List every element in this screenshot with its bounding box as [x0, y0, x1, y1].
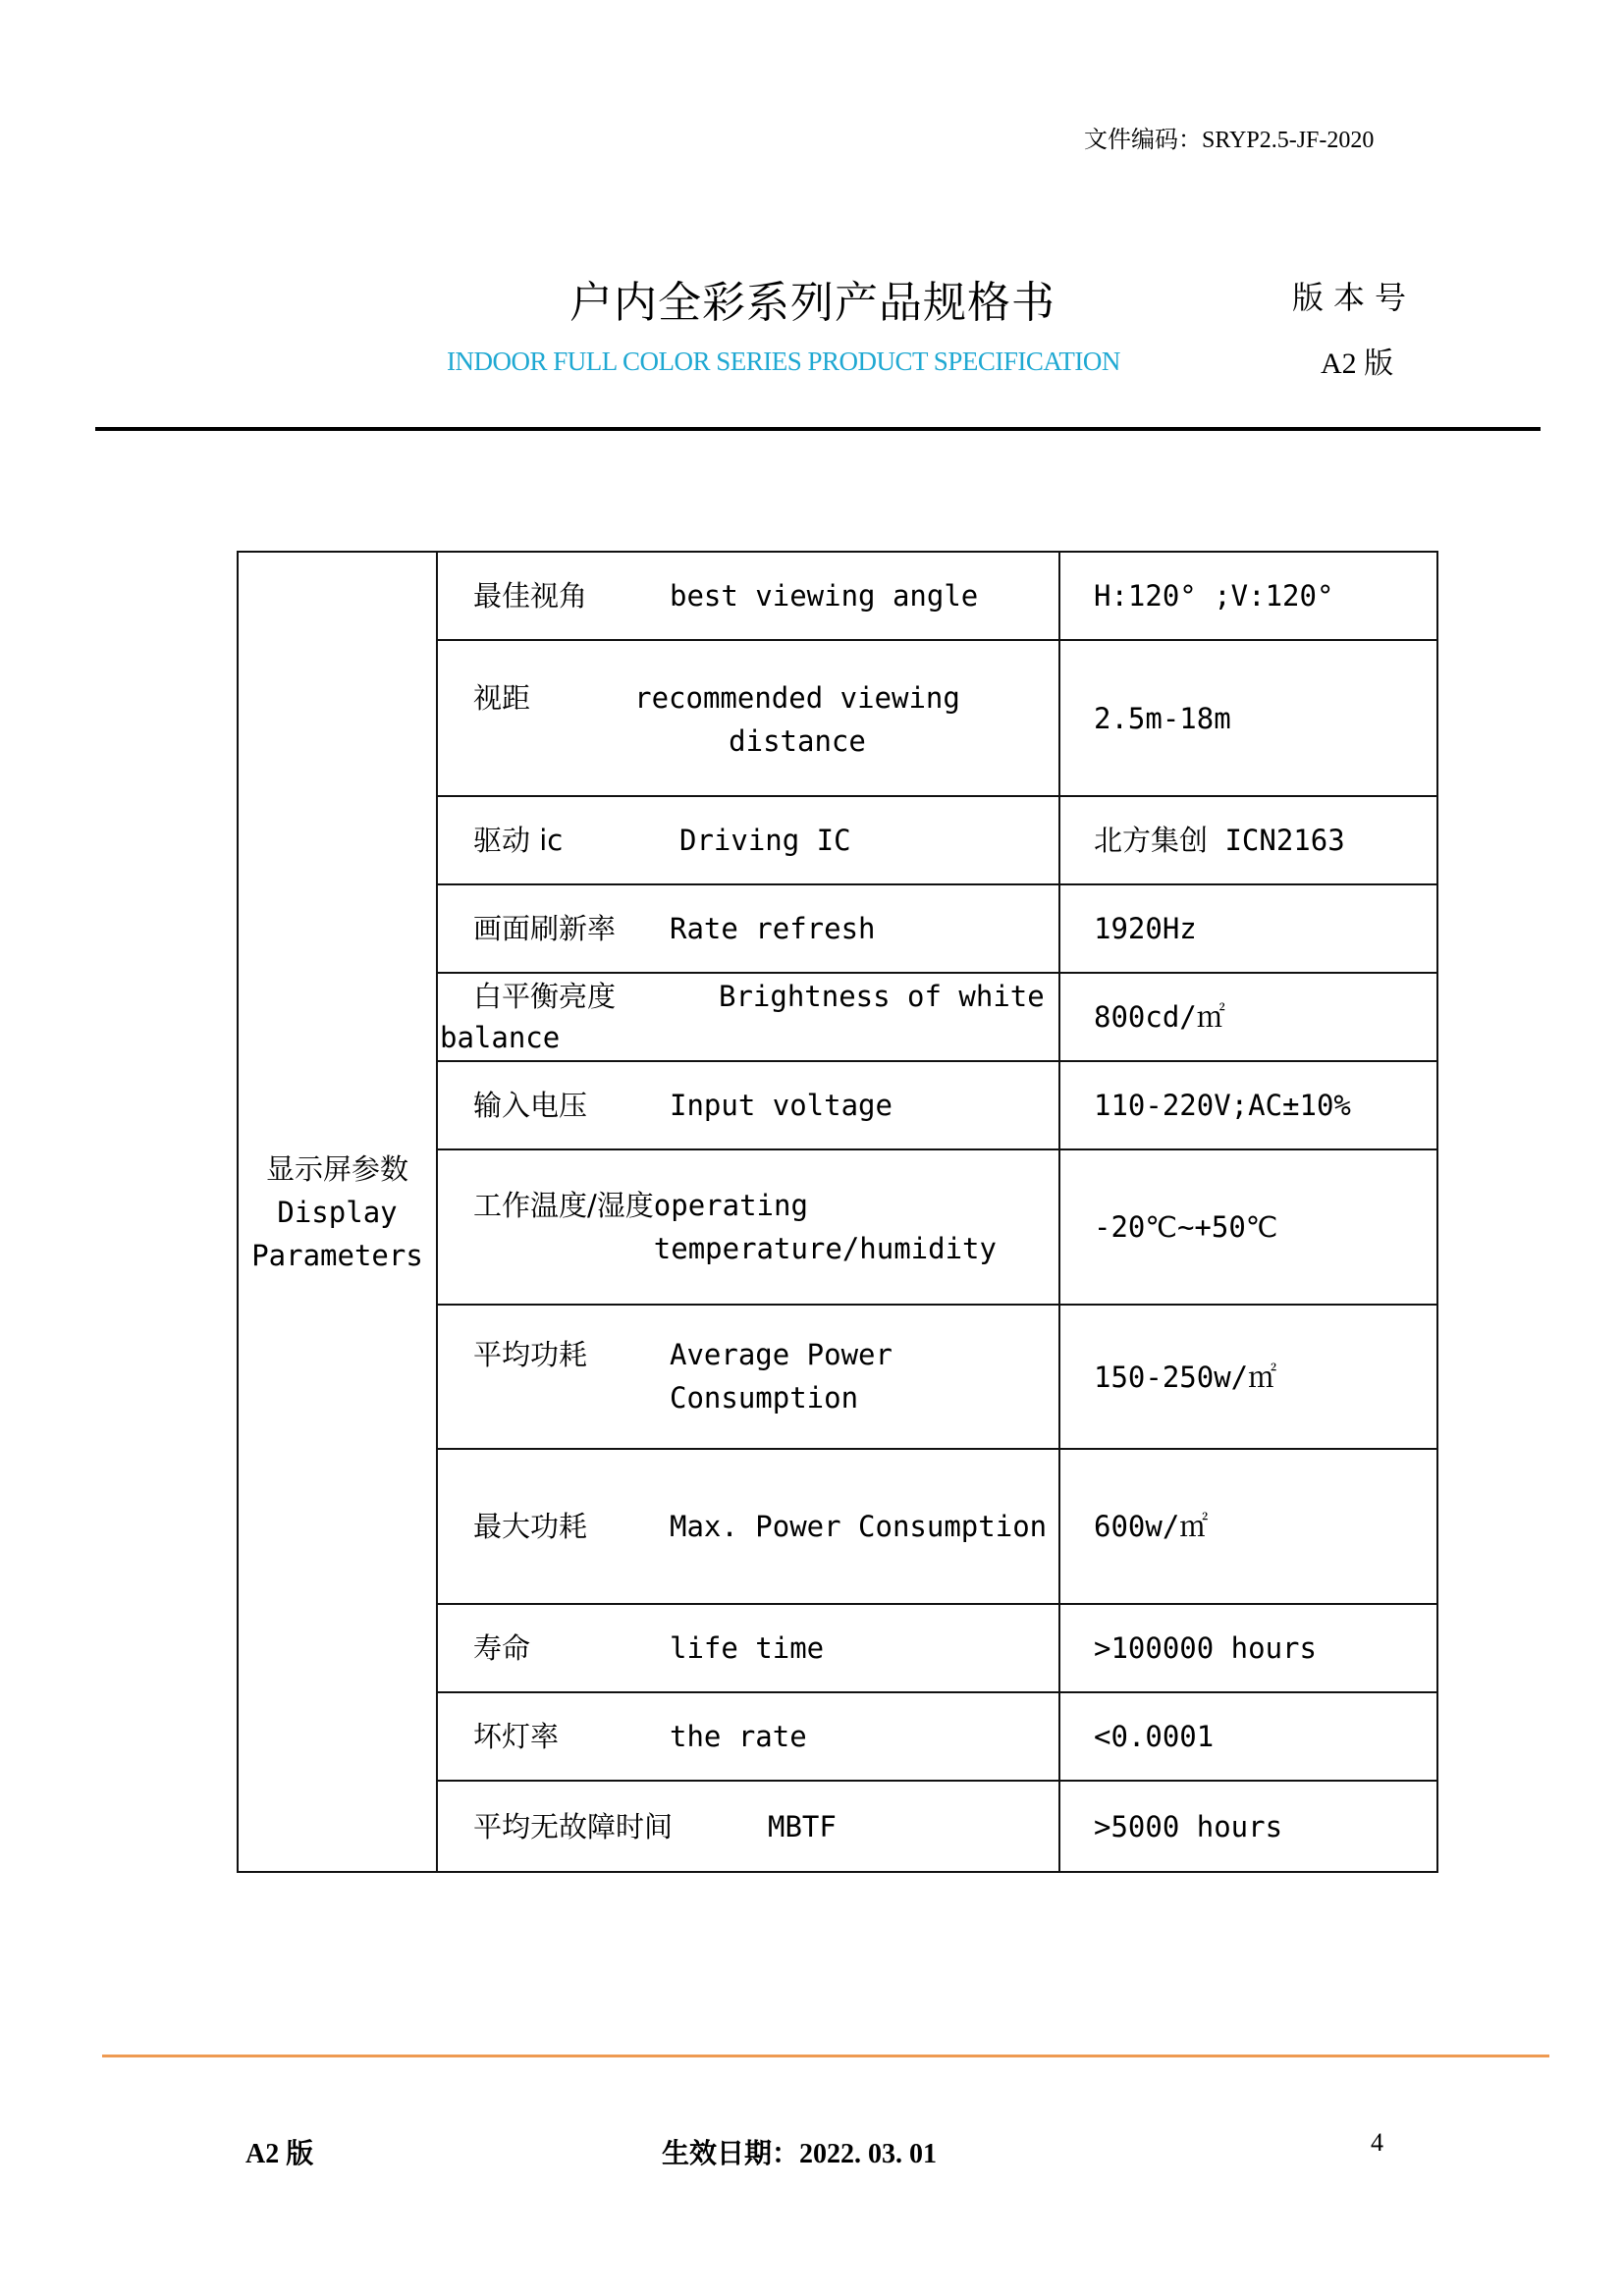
param-cn: 视距 — [473, 676, 630, 720]
param-cell: 最佳视角best viewing angle — [437, 552, 1059, 640]
param-cell: 输入电压Input voltage — [437, 1061, 1059, 1149]
group-label-cn: 显示屏参数 — [239, 1148, 436, 1191]
param-cell: 寿命life time — [437, 1604, 1059, 1692]
param-en: the rate — [670, 1715, 807, 1758]
value-cell: 800cd/㎡ — [1059, 973, 1437, 1061]
param-en: operating temperature/humidity — [654, 1184, 988, 1270]
param-cn: 输入电压 — [473, 1084, 670, 1127]
param-en: life time — [670, 1627, 824, 1670]
param-en: Input voltage — [670, 1084, 893, 1127]
value-cell: <0.0001 — [1059, 1692, 1437, 1781]
page-number: 4 — [1371, 2128, 1383, 2158]
param-en: MBTF — [768, 1805, 837, 1848]
page-subtitle: INDOOR FULL COLOR SERIES PRODUCT SPECIFI… — [447, 347, 1120, 377]
version-value: A2 版 — [1321, 339, 1393, 382]
param-cell: 白平衡亮度Brightness of white balance — [437, 973, 1059, 1061]
param-cell: 平均无故障时间MBTF — [437, 1781, 1059, 1872]
param-cell: 画面刷新率Rate refresh — [437, 884, 1059, 973]
param-en: Brightness of white — [719, 976, 1045, 1017]
version-label: 版本号 — [1292, 273, 1416, 318]
param-cn: 寿命 — [473, 1627, 670, 1670]
param-en: Max. Power Consumption — [670, 1505, 1047, 1548]
document-code: 文件编码：SRYP2.5-JF-2020 — [1084, 120, 1374, 154]
page-title: 户内全彩系列产品规格书 — [569, 267, 1056, 330]
param-cn: 平均无故障时间 — [473, 1805, 768, 1848]
header-divider — [95, 427, 1541, 431]
value-cell: H:120° ;V:120° — [1059, 552, 1437, 640]
param-cn: 白平衡亮度 — [473, 976, 719, 1017]
spec-table: 显示屏参数 Display Parameters 最佳视角best viewin… — [237, 551, 1438, 1873]
param-cn: 工作温度/湿度 — [473, 1184, 654, 1227]
param-en: recommended viewing distance — [630, 676, 964, 763]
param-cn: 最佳视角 — [473, 574, 670, 617]
param-cell: 工作温度/湿度operating temperature/humidity — [437, 1149, 1059, 1305]
value-cell: 110-220V;AC±10% — [1059, 1061, 1437, 1149]
effective-date: 生效日期：2022. 03. 01 — [662, 2132, 937, 2171]
param-cn: 最大功耗 — [473, 1505, 670, 1548]
value-cell: -20℃~+50℃ — [1059, 1149, 1437, 1305]
param-en: best viewing angle — [670, 574, 978, 617]
value-cell: 2.5m-18m — [1059, 640, 1437, 796]
group-label-cell: 显示屏参数 Display Parameters — [238, 552, 437, 1872]
table-row: 显示屏参数 Display Parameters 最佳视角best viewin… — [238, 552, 1437, 640]
param-en-continued: balance — [440, 1017, 1058, 1058]
param-cn: 画面刷新率 — [473, 907, 670, 950]
param-cell: 视距recommended viewing distance — [437, 640, 1059, 796]
param-cell: 最大功耗Max. Power Consumption — [437, 1449, 1059, 1604]
footer-divider — [102, 2055, 1549, 2057]
param-en: Rate refresh — [670, 907, 876, 950]
param-cell: 驱动 icDriving IC — [437, 796, 1059, 884]
param-en: Average Power Consumption — [670, 1333, 905, 1419]
param-cell: 平均功耗Average Power Consumption — [437, 1305, 1059, 1449]
value-cell: 1920Hz — [1059, 884, 1437, 973]
param-cn: 驱动 ic — [473, 819, 679, 862]
value-cell: >5000 hours — [1059, 1781, 1437, 1872]
footer-version: A2 版 — [245, 2132, 313, 2171]
param-cn: 坏灯率 — [473, 1715, 670, 1758]
param-cell: 坏灯率the rate — [437, 1692, 1059, 1781]
param-en: Driving IC — [679, 819, 851, 862]
value-cell: 600w/㎡ — [1059, 1449, 1437, 1604]
value-cell: >100000 hours — [1059, 1604, 1437, 1692]
group-label-en-1: Display — [239, 1191, 436, 1234]
value-cell: 150-250w/㎡ — [1059, 1305, 1437, 1449]
param-cn: 平均功耗 — [473, 1333, 670, 1376]
group-label-en-2: Parameters — [239, 1234, 436, 1277]
value-cell: 北方集创 ICN2163 — [1059, 796, 1437, 884]
